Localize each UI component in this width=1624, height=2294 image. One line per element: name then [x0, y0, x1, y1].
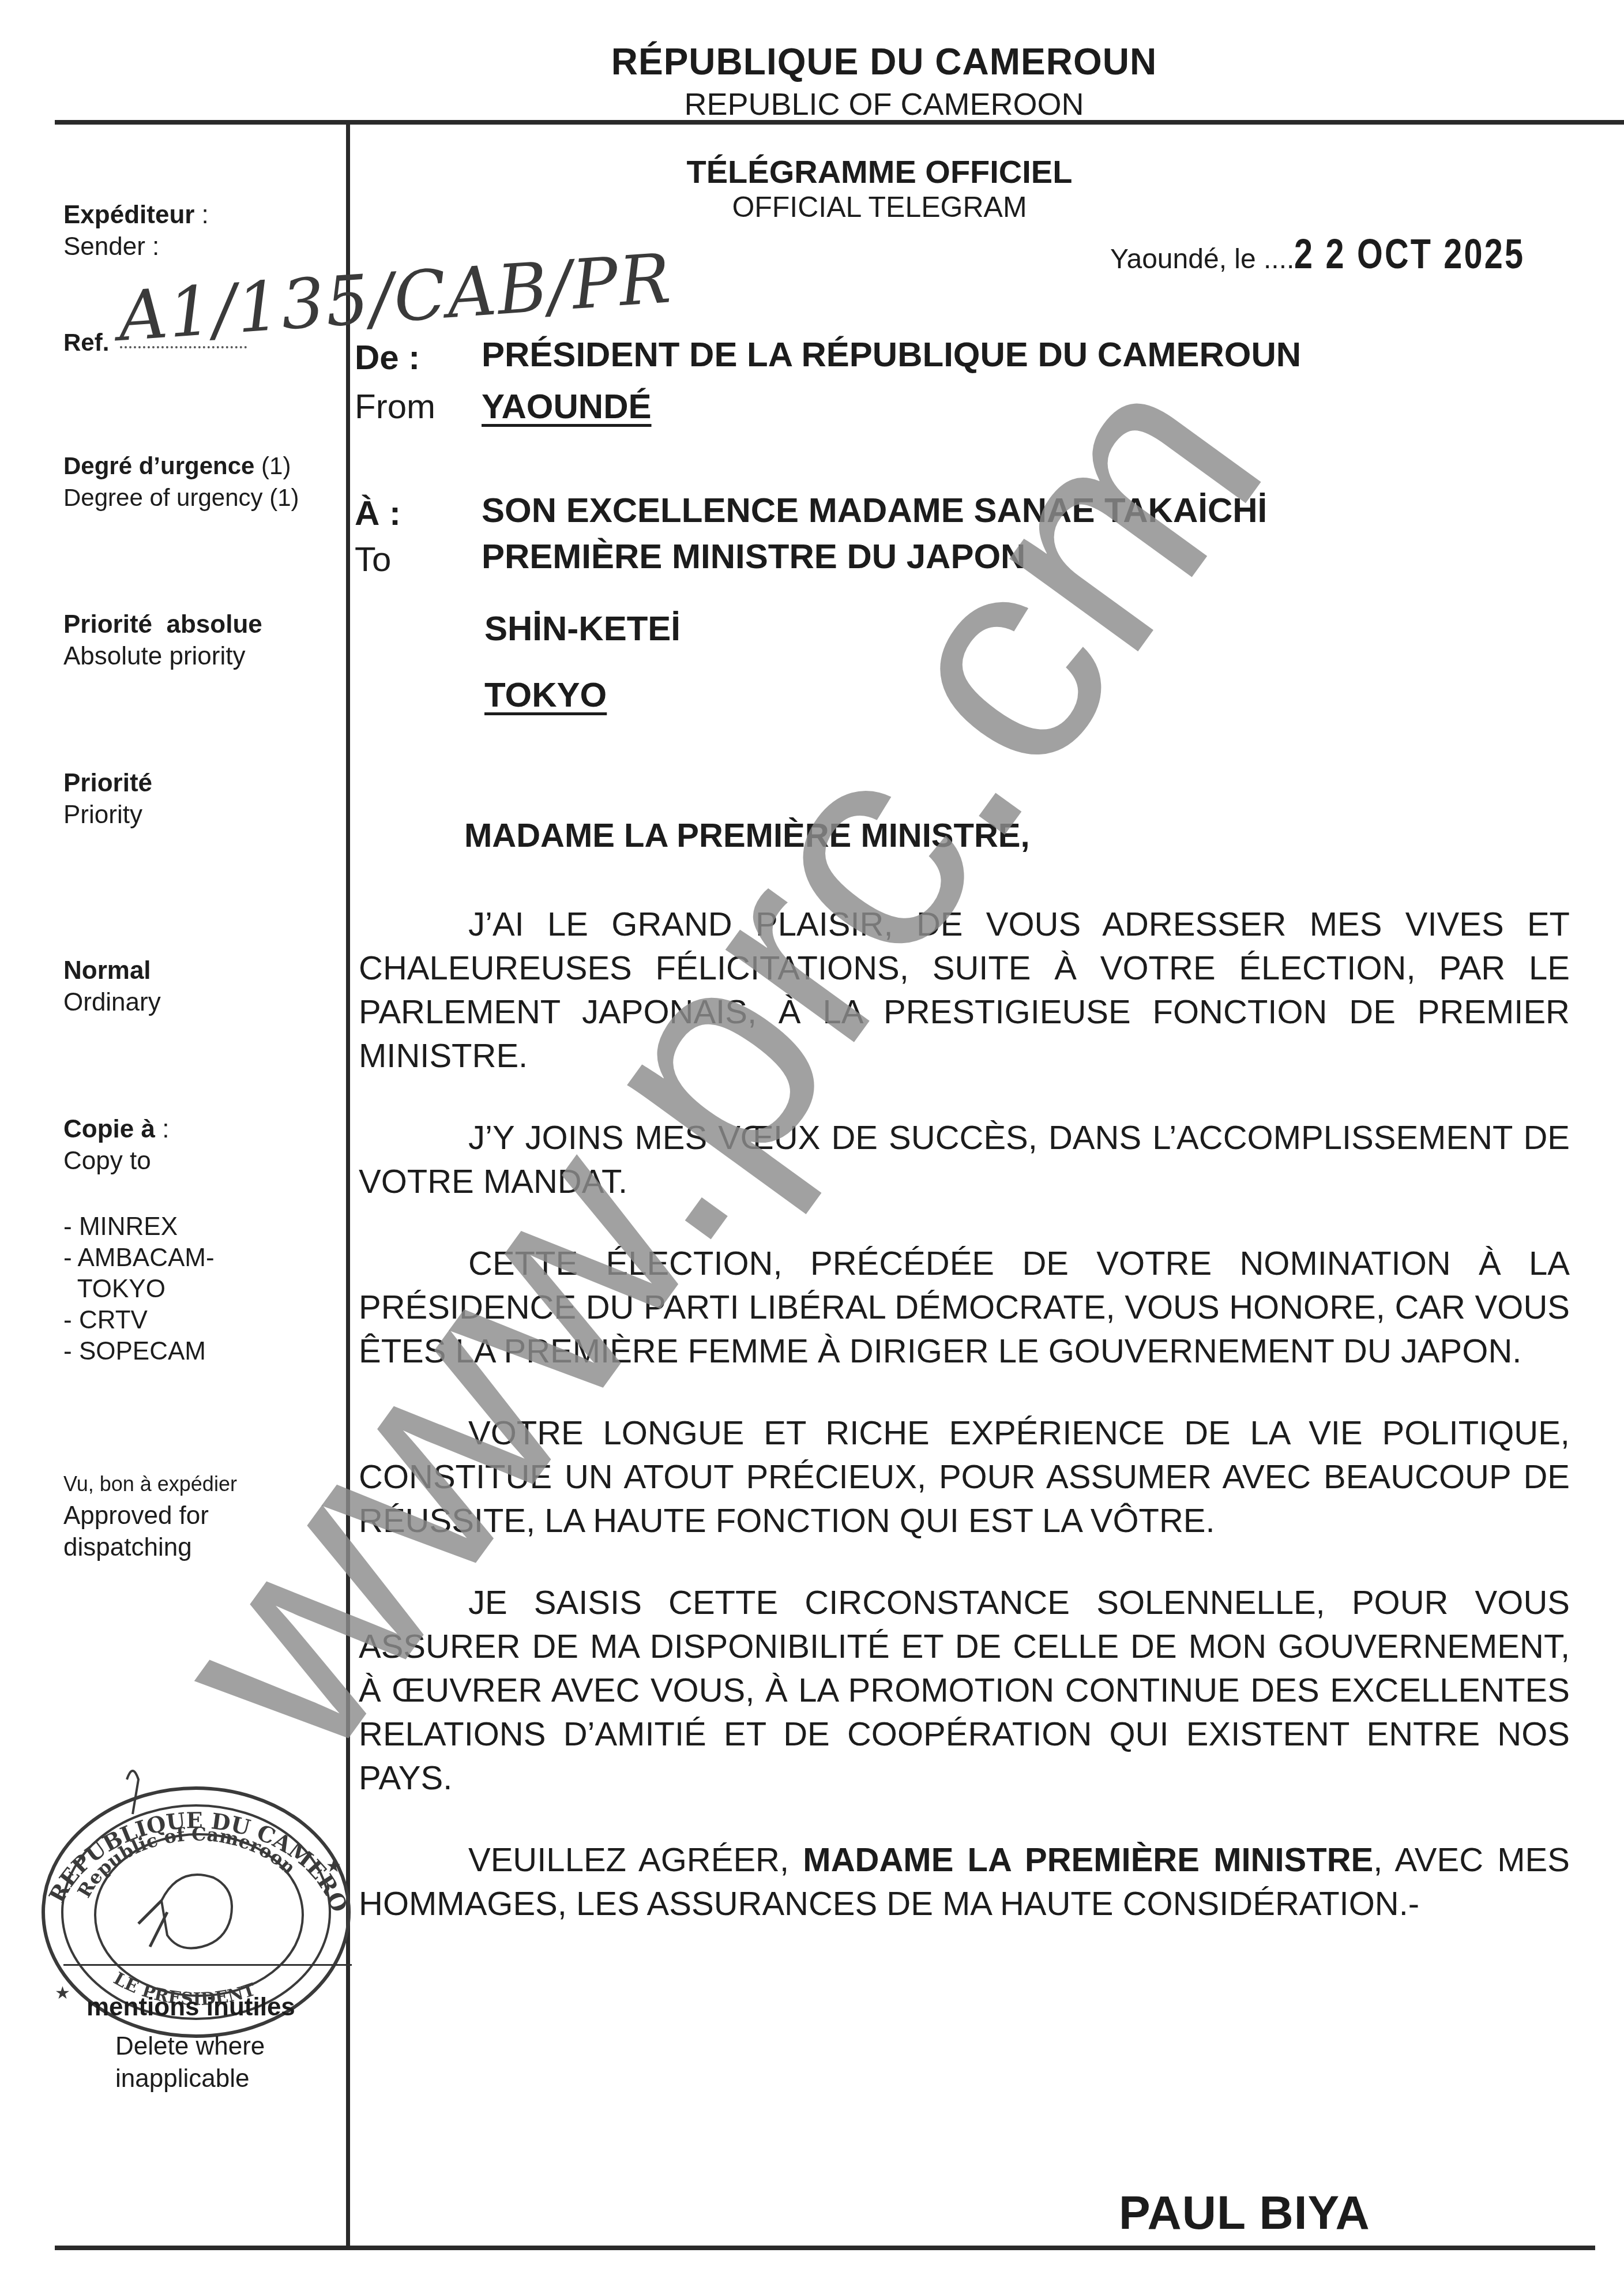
urgency-label-en: Degree of urgency (1) [63, 482, 299, 513]
copy-list-item: - SOPECAM [63, 1336, 215, 1367]
approved-en-2: dispatching [63, 1531, 237, 1563]
priority-en: Priority [63, 799, 152, 831]
priority-fr: Priorité [63, 769, 152, 797]
date-prefix: Yaoundé, le .... [1110, 244, 1294, 275]
closing-start: VEUILLEZ AGRÉER, [468, 1841, 803, 1879]
copy-list-item: - CRTV [63, 1305, 215, 1336]
urgency-label-fr: Degré d’urgence [63, 452, 254, 479]
paragraph-2: J’Y JOINS MES VŒUX DE SUCCÈS, DANS L’ACC… [359, 1116, 1570, 1204]
seal-strike-line [63, 1964, 352, 1966]
approved-label: Vu, bon à expédier Approved for dispatch… [63, 1468, 237, 1563]
to-label-fr: À : [355, 493, 401, 533]
sender-label-fr: Expéditeur [63, 201, 194, 229]
paragraph-1: J’AI LE GRAND PLAISIR, DE VOUS ADRESSER … [359, 903, 1570, 1078]
svg-text:★: ★ [55, 1984, 70, 2003]
to-line-2: PREMIÈRE MINISTRE DU JAPON [482, 536, 1025, 576]
approved-fr: Vu, bon à expédier [63, 1468, 237, 1500]
copy-to-label: Copie à : Copy to [63, 1113, 169, 1177]
absolute-priority-en: Absolute priority [63, 640, 262, 672]
paragraph-3: CETTE ÉLECTION, PRÉCÉDÉE DE VOTRE NOMINA… [359, 1242, 1570, 1373]
date-stamp: 2 2 OCT 2025 [1294, 231, 1525, 278]
absolute-priority-option: Priorité absolue Absolute priority [63, 609, 262, 672]
date-line: Yaoundé, le ....2 2 OCT 2025 [1110, 231, 1583, 278]
delete-en-1: Delete where [115, 2030, 265, 2063]
bottom-rule [55, 2246, 1595, 2250]
copy-to-fr: Copie à [63, 1115, 155, 1143]
normal-option: Normal Ordinary [63, 955, 161, 1018]
delete-where-label: Delete where inapplicable [115, 2030, 265, 2095]
to-label-en: To [355, 539, 391, 579]
priority-option: Priorité Priority [63, 767, 152, 831]
sender-label-en: Sender : [63, 231, 209, 262]
paragraph-5: JE SAISIS CETTE CIRCONSTANCE SOLENNELLE,… [359, 1581, 1570, 1800]
delete-en-2: inapplicable [115, 2063, 265, 2095]
signature-name: PAUL BIYA [1119, 2186, 1370, 2240]
telegram-title-en: OFFICIAL TELEGRAM [634, 190, 1125, 224]
from-label-en: From [355, 386, 435, 426]
telegram-title-fr: TÉLÉGRAMME OFFICIEL [634, 153, 1125, 190]
letter-body: J’AI LE GRAND PLAISIR, DE VOUS ADRESSER … [359, 903, 1570, 1964]
sender-label: Expéditeur : Sender : [63, 199, 209, 262]
to-line-4: TOKYO [484, 675, 607, 715]
from-line-1: PRÉSIDENT DE LA RÉPUBLIQUE DU CAMEROUN [482, 335, 1301, 374]
from-label-fr: De : [355, 337, 420, 377]
urgency-note: (1) [261, 452, 291, 479]
normal-fr: Normal [63, 956, 151, 985]
closing-bold: MADAME LA PREMIÈRE MINISTRE [803, 1841, 1373, 1879]
approved-en-1: Approved for [63, 1500, 237, 1531]
to-line-1: SON EXCELLENCE MADAME SANAE TAKAİCHİ [482, 490, 1267, 530]
copy-list-item: - MINREX [63, 1211, 215, 1242]
copy-to-en: Copy to [63, 1145, 169, 1177]
copy-list-item: - AMBACAM- [63, 1242, 215, 1274]
country-name-en: REPUBLIC OF CAMEROON [0, 87, 1624, 122]
normal-en: Ordinary [63, 986, 161, 1018]
copy-list-item: TOKYO [63, 1274, 215, 1305]
urgency-label: Degré d’urgence (1) Degree of urgency (1… [63, 450, 299, 513]
to-line-3: SHİN-KETEİ [484, 609, 681, 648]
top-rule [55, 120, 1624, 125]
ref-label: Ref. [63, 329, 109, 356]
svg-text:★: ★ [326, 1857, 341, 1876]
from-line-2: YAOUNDÉ [482, 386, 652, 426]
mentions-label-fr: mentions inutiles [87, 1993, 295, 2022]
paragraph-6: VEUILLEZ AGRÉER, MADAME LA PREMIÈRE MINI… [359, 1838, 1570, 1926]
country-name-fr: RÉPUBLIQUE DU CAMEROUN [0, 40, 1624, 83]
paragraph-4: VOTRE LONGUE ET RICHE EXPÉRIENCE DE LA V… [359, 1411, 1570, 1543]
copy-list: - MINREX - AMBACAM- TOKYO - CRTV - SOPEC… [63, 1211, 215, 1367]
absolute-priority-fr: Priorité absolue [63, 610, 262, 639]
salutation: MADAME LA PREMIÈRE MINISTRE, [464, 816, 1030, 855]
